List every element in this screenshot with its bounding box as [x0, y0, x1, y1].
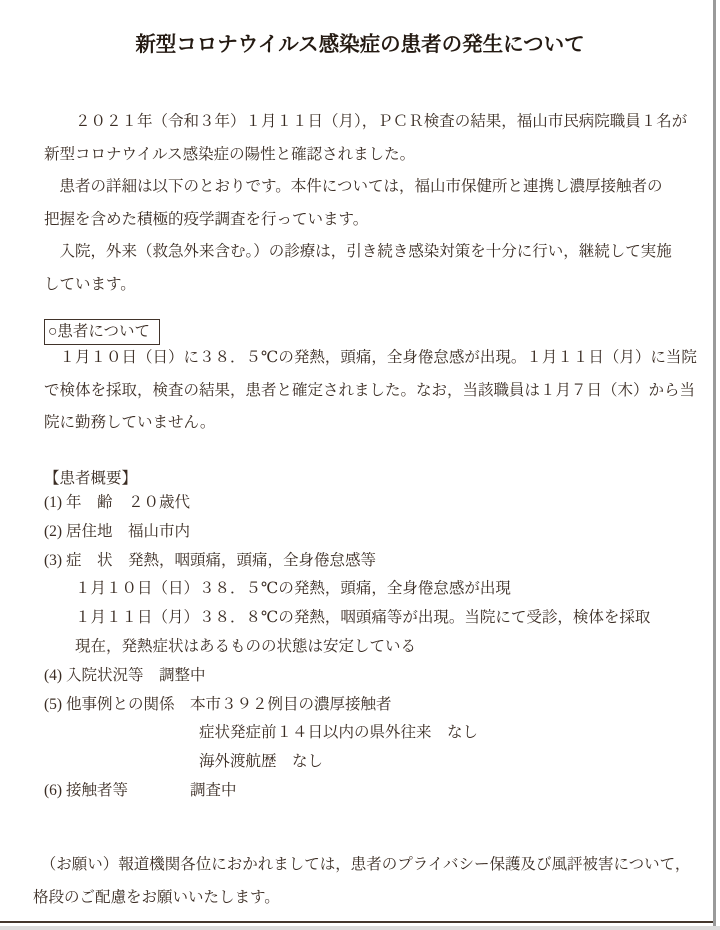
patient-summary-line: １月１１日（月）３８．８℃の発熱，咽頭痛等が出現。当院にて受診，検体を採取: [44, 604, 650, 633]
patient-summary-line: 海外渡航歴 なし: [44, 748, 650, 777]
intro-paragraph: 患者の詳細は以下のとおりです。本件については，福山市保健所と連携し濃厚接触者の …: [44, 171, 687, 236]
patient-summary-line: (4) 入院状況等 調整中: [44, 662, 650, 691]
intro-paragraph: ２０２１年（令和３年）１月１１日（月），ＰＣＲ検査の結果，福山市民病院職員１名が…: [44, 106, 687, 171]
intro-paragraph: 入院，外来（救急外来含む。）の診療は，引き続き感染対策を十分に行い，継続して実施…: [44, 236, 687, 301]
scan-edge-bottom-shade: [0, 926, 720, 930]
scan-edge-right: [713, 0, 716, 930]
scan-edge-bottom-line: [0, 921, 713, 923]
patient-summary-line: (2) 居住地 福山市内: [44, 518, 650, 547]
document-title: 新型コロナウイルス感染症の患者の発生について: [0, 27, 720, 57]
press-request-note: （お願い）報道機関各位におかれましては，患者のプライバシー保護及び風評被害につい…: [33, 848, 690, 914]
patient-summary-line: (6) 接触者等 調査中: [44, 777, 650, 806]
patient-summary-line: (5) 他事例との関係 本市３９２例目の濃厚接触者: [44, 691, 650, 720]
patient-summary-heading: 【患者概要】: [44, 466, 137, 488]
intro-paragraphs: ２０２１年（令和３年）１月１１日（月），ＰＣＲ検査の結果，福山市民病院職員１名が…: [44, 106, 687, 301]
patient-summary-line: １月１０日（日）３８．５℃の発熱，頭痛，全身倦怠感が出現: [44, 575, 650, 604]
patient-summary-line: (1) 年 齢 ２０歳代: [44, 489, 650, 518]
document-page: 新型コロナウイルス感染症の患者の発生について ２０２１年（令和３年）１月１１日（…: [0, 0, 720, 930]
patient-summary-line: (3) 症 状 発熱，咽頭痛，頭痛，全身倦怠感等: [44, 547, 650, 576]
patient-summary-line: 現在，発熱症状はあるものの状態は安定している: [44, 633, 650, 662]
patient-section-body: １月１０日（日）に３８．５℃の発熱，頭痛，全身倦怠感が出現。１月１１日（月）に当…: [44, 342, 697, 440]
patient-summary-list: (1) 年 齢 ２０歳代(2) 居住地 福山市内(3) 症 状 発熱，咽頭痛，頭…: [44, 489, 650, 806]
patient-summary-line: 症状発症前１４日以内の県外往来 なし: [44, 719, 650, 748]
